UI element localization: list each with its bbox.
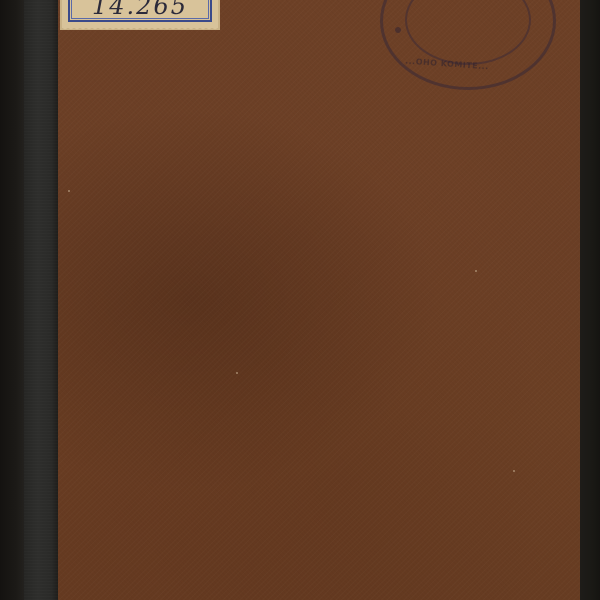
right-edge-shadow bbox=[580, 0, 600, 600]
cover-speck bbox=[475, 270, 477, 272]
brown-cloth-cover bbox=[58, 0, 580, 600]
spine-cloth bbox=[24, 0, 58, 600]
stamp-dot bbox=[395, 27, 401, 33]
cover-speck bbox=[236, 372, 238, 374]
cover-speck bbox=[513, 470, 515, 472]
label-number: 14.265 bbox=[62, 0, 218, 18]
label-perforated-edge bbox=[62, 27, 218, 31]
book-cover: 14.265 ...OHO KOMITE... bbox=[0, 0, 600, 600]
catalog-label: 14.265 bbox=[62, 0, 218, 28]
stamp-inner-ring bbox=[405, 0, 531, 65]
left-edge-shadow bbox=[0, 0, 24, 600]
cover-speck bbox=[68, 190, 70, 192]
